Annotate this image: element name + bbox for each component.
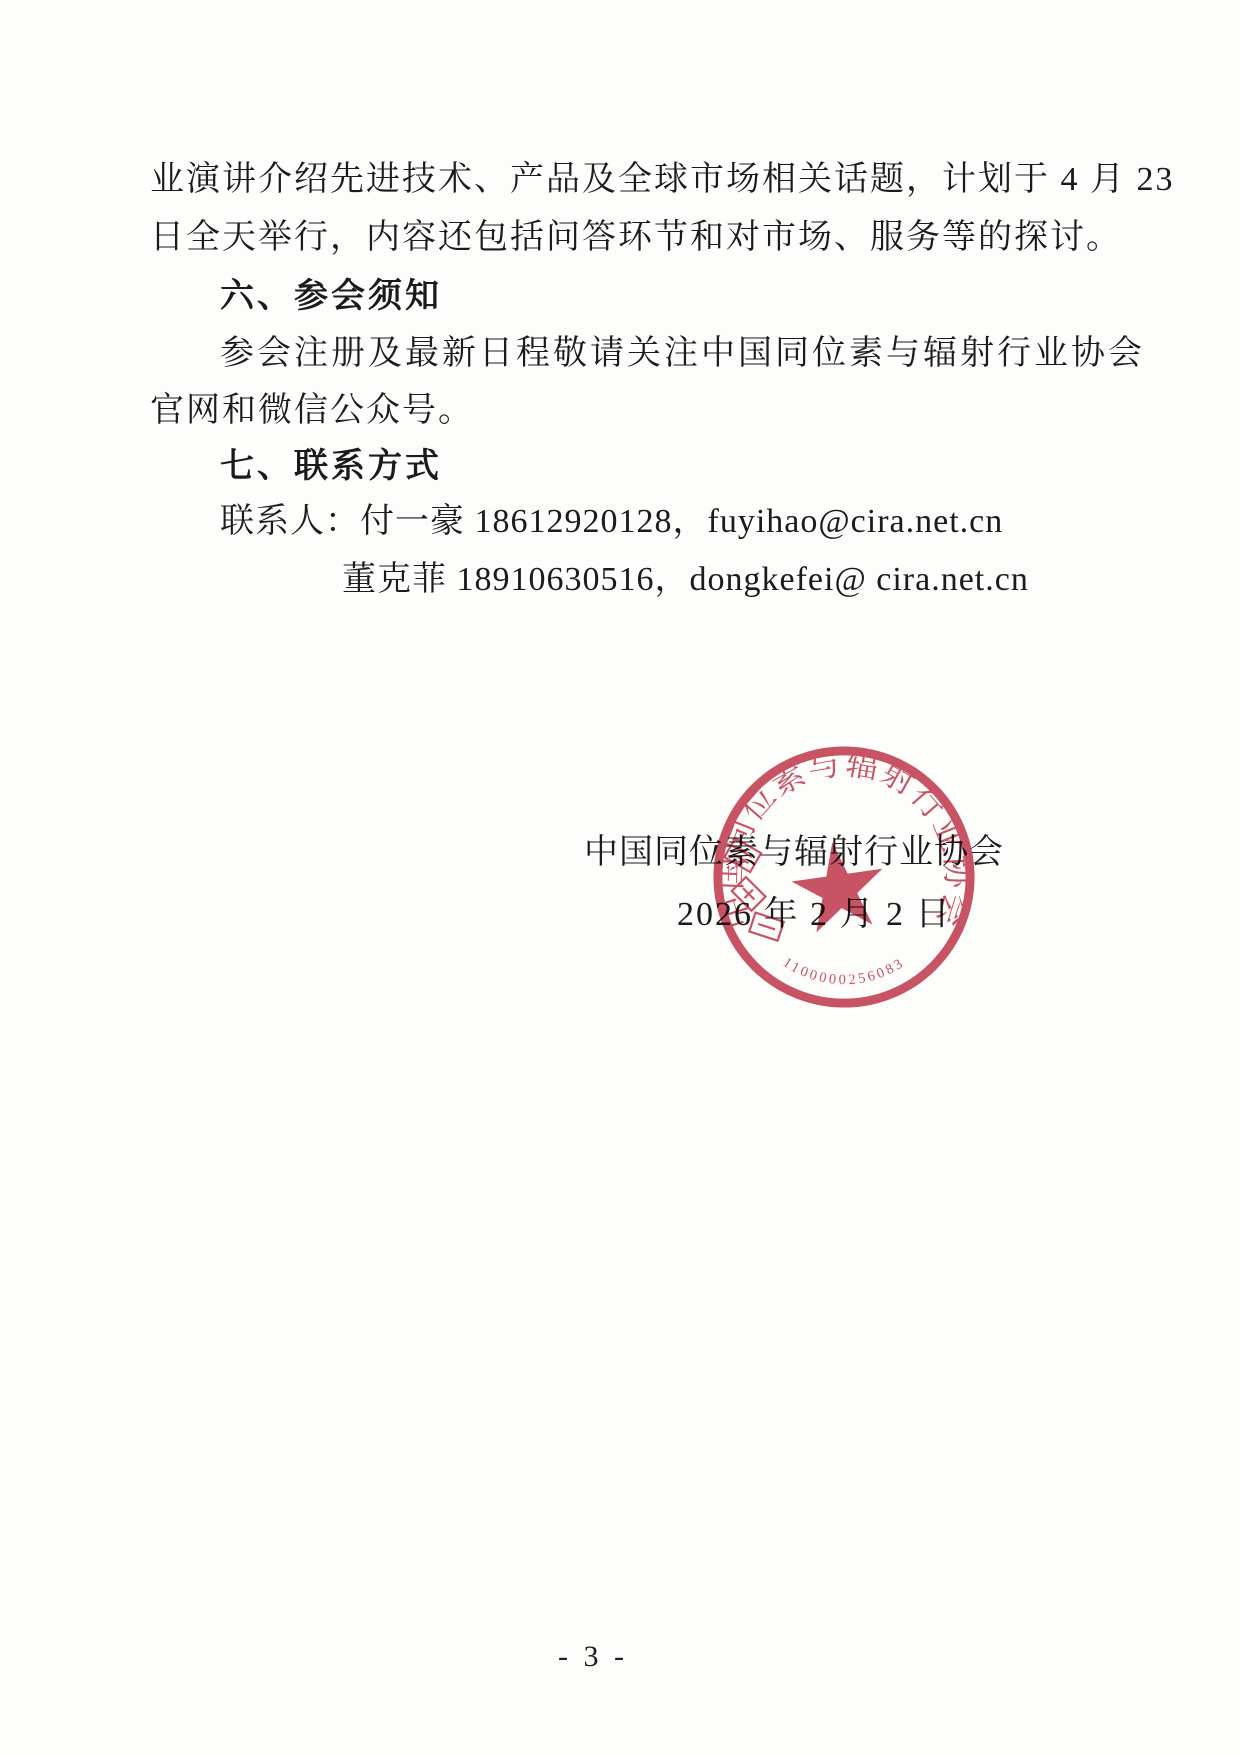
seal-anticounterfeit-mark (749, 913, 783, 941)
seal-star-icon (787, 836, 890, 935)
svg-text:1100000256083: 1100000256083 (780, 955, 908, 989)
body-line-1: 业演讲介绍先进技术、产品及全球市场相关话题，计划于 4 月 23 (150, 160, 1175, 201)
contact-line-2: 董克菲 18910630516，dongkefei@ cira.net.cn (342, 560, 1029, 601)
document-page: 业演讲介绍先进技术、产品及全球市场相关话题，计划于 4 月 23 日全天举行，内… (0, 0, 1240, 1754)
official-seal-stamp: 中国同位素与辐射行业协会 1100000256083 (705, 738, 983, 1016)
section-heading-7: 七、联系方式 (220, 446, 442, 487)
section6-line-1: 参会注册及最新日程敬请关注中国同位素与辐射行业协会 (220, 334, 1145, 375)
page-number: - 3 - (528, 1640, 658, 1674)
body-line-2: 日全天举行，内容还包括问答环节和对市场、服务等的探讨。 (150, 218, 1122, 259)
contact-line-1: 联系人：付一豪 18612920128，fuyihao@cira.net.cn (220, 502, 1003, 543)
seal-serial-number: 1100000256083 (780, 955, 908, 989)
section6-line-2: 官网和微信公众号。 (150, 391, 474, 432)
section-heading-6: 六、参会须知 (220, 276, 442, 317)
